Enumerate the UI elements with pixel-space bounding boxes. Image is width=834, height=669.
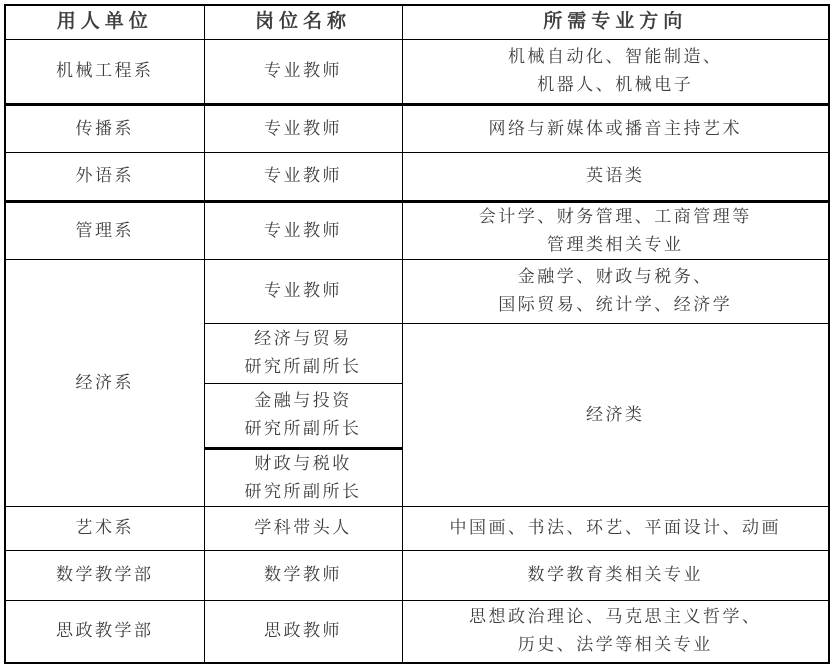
column-header-employing-unit: 用人单位 (5, 5, 204, 39)
major-cell: 网络与新媒体或播音主持艺术 (402, 104, 829, 152)
dept-cell: 管理系 (5, 201, 204, 259)
column-header-required-major: 所需专业方向 (402, 5, 829, 39)
position-cell: 财政与税收 研究所副所长 (204, 448, 402, 506)
major-cell: 数学教育类相关专业 (402, 550, 829, 600)
major-cell: 金融学、财政与税务、 国际贸易、统计学、经济学 (402, 259, 829, 323)
major-cell: 中国画、书法、环艺、平面设计、动画 (402, 506, 829, 550)
position-cell: 专业教师 (204, 152, 402, 201)
position-cell: 数学教师 (204, 550, 402, 600)
major-line: 机械自动化、智能制造、 (403, 43, 829, 71)
position-line: 财政与税收 (205, 450, 402, 478)
column-header-position-name: 岗位名称 (204, 5, 402, 39)
position-cell: 经济与贸易 研究所副所长 (204, 323, 402, 383)
table-header-row: 用人单位 岗位名称 所需专业方向 (5, 5, 829, 39)
position-cell: 专业教师 (204, 39, 402, 104)
dept-cell: 数学教学部 (5, 550, 204, 600)
table-row: 数学教学部 数学教师 数学教育类相关专业 (5, 550, 829, 600)
position-cell: 思政教师 (204, 600, 402, 663)
major-line: 金融学、财政与税务、 (403, 263, 829, 291)
table-row: 艺术系 学科带头人 中国画、书法、环艺、平面设计、动画 (5, 506, 829, 550)
position-cell: 金融与投资 研究所副所长 (204, 383, 402, 448)
table-row: 思政教学部 思政教师 思想政治理论、马克思主义哲学、 历史、法学等相关专业 (5, 600, 829, 663)
major-line: 管理类相关专业 (403, 231, 829, 259)
position-cell: 专业教师 (204, 201, 402, 259)
major-cell: 会计学、财务管理、工商管理等 管理类相关专业 (402, 201, 829, 259)
table-row: 机械工程系 专业教师 机械自动化、智能制造、 机器人、机械电子 (5, 39, 829, 104)
position-cell: 学科带头人 (204, 506, 402, 550)
position-line: 研究所副所长 (205, 478, 402, 506)
table-row: 外语系 专业教师 英语类 (5, 152, 829, 201)
major-line: 思想政治理论、马克思主义哲学、 (403, 603, 829, 631)
position-line: 金融与投资 (205, 387, 402, 415)
major-cell: 英语类 (402, 152, 829, 201)
dept-cell-economics-merged: 经济系 (5, 259, 204, 506)
position-line: 经济与贸易 (205, 325, 402, 353)
position-line: 研究所副所长 (205, 353, 402, 381)
position-cell: 专业教师 (204, 259, 402, 323)
recruitment-table: 用人单位 岗位名称 所需专业方向 机械工程系 专业教师 机械自动化、智能制造、 … (4, 4, 830, 664)
major-cell: 机械自动化、智能制造、 机器人、机械电子 (402, 39, 829, 104)
table-row: 经济系 专业教师 金融学、财政与税务、 国际贸易、统计学、经济学 (5, 259, 829, 323)
major-cell: 思想政治理论、马克思主义哲学、 历史、法学等相关专业 (402, 600, 829, 663)
dept-cell: 艺术系 (5, 506, 204, 550)
table-row: 管理系 专业教师 会计学、财务管理、工商管理等 管理类相关专业 (5, 201, 829, 259)
dept-cell: 机械工程系 (5, 39, 204, 104)
position-line: 研究所副所长 (205, 415, 402, 443)
major-line: 机器人、机械电子 (403, 71, 829, 99)
major-line: 国际贸易、统计学、经济学 (403, 291, 829, 319)
table-row: 传播系 专业教师 网络与新媒体或播音主持艺术 (5, 104, 829, 152)
position-cell: 专业教师 (204, 104, 402, 152)
major-line: 会计学、财务管理、工商管理等 (403, 203, 829, 231)
major-cell-economics-merged: 经济类 (402, 323, 829, 506)
dept-cell: 思政教学部 (5, 600, 204, 663)
dept-cell: 传播系 (5, 104, 204, 152)
dept-cell: 外语系 (5, 152, 204, 201)
major-line: 历史、法学等相关专业 (403, 631, 829, 659)
